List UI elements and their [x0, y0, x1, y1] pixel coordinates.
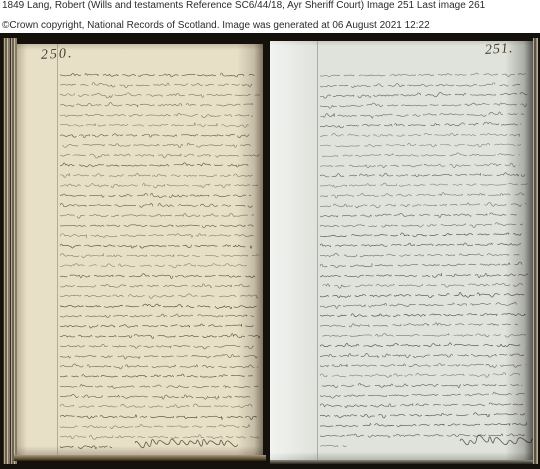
handwriting-line	[60, 263, 247, 267]
handwriting-line	[320, 323, 518, 327]
handwriting-line	[322, 383, 523, 387]
right-page: 251.	[270, 41, 533, 460]
handwriting-line	[320, 73, 526, 76]
handwriting-right	[270, 41, 533, 460]
handwriting-line	[320, 163, 520, 168]
handwriting-line	[60, 314, 254, 318]
handwriting-line	[320, 292, 524, 297]
record-viewer: 1849 Lang, Robert (Wills and testaments …	[0, 0, 540, 469]
handwriting-line	[60, 173, 252, 177]
handwriting-line	[60, 193, 251, 197]
handwriting-line	[320, 213, 517, 218]
handwriting-line	[60, 294, 258, 299]
handwriting-line	[320, 253, 519, 256]
handwriting-line	[60, 324, 254, 328]
handwriting-line	[60, 274, 255, 279]
handwriting-line	[320, 183, 528, 188]
handwriting-line	[320, 143, 521, 147]
handwriting-line	[60, 203, 252, 207]
handwriting-line	[60, 334, 260, 339]
handwriting-line	[320, 353, 524, 357]
handwriting-line	[320, 302, 517, 308]
handwriting-line	[320, 445, 346, 446]
record-title: 1849 Lang, Robert (Wills and testaments …	[2, 1, 502, 11]
handwriting-line	[320, 133, 520, 136]
handwriting-line	[60, 183, 258, 188]
page-edges-right	[533, 38, 538, 464]
handwriting-line	[60, 254, 259, 258]
handwriting-line	[320, 92, 527, 98]
handwriting-line	[60, 103, 253, 107]
handwriting-line	[60, 213, 254, 218]
handwriting-line	[320, 262, 522, 267]
handwriting-line	[60, 374, 253, 377]
handwriting-line	[322, 334, 525, 338]
handwriting-line	[60, 113, 253, 117]
handwriting-line	[320, 343, 520, 347]
handwriting-line	[60, 435, 259, 440]
handwriting-line	[60, 384, 258, 388]
left-page: 250.	[17, 44, 263, 455]
handwriting-line	[320, 273, 528, 277]
handwriting-line	[320, 364, 526, 368]
handwriting-line	[60, 404, 252, 408]
handwriting-line	[321, 112, 525, 118]
handwriting-line	[320, 223, 523, 228]
handwriting-line	[60, 364, 258, 369]
handwriting-line	[322, 283, 523, 288]
handwriting-line	[60, 134, 249, 138]
handwriting-line	[60, 446, 112, 449]
page-bottom-edge-left	[14, 455, 266, 461]
handwriting-line	[60, 234, 254, 238]
handwriting-line	[320, 392, 525, 398]
handwriting-line	[60, 304, 257, 309]
handwriting-line	[60, 284, 250, 288]
handwriting-line	[60, 394, 250, 399]
handwriting-line	[60, 163, 248, 167]
signature-right	[460, 435, 533, 445]
handwriting-line	[60, 344, 254, 349]
handwriting-line	[60, 82, 252, 87]
handwriting-line	[60, 244, 252, 248]
handwriting-line	[60, 225, 253, 228]
handwriting-line	[60, 73, 255, 77]
copyright-line: ©Crown copyright, National Records of Sc…	[2, 21, 522, 31]
handwriting-line	[320, 372, 520, 377]
handwriting-line	[63, 143, 251, 148]
handwriting-line	[320, 434, 524, 438]
handwriting-line	[60, 415, 256, 420]
handwriting-line	[320, 203, 527, 208]
handwriting-line	[320, 314, 525, 317]
document-scan[interactable]: 250. 251.	[0, 33, 540, 469]
handwriting-line	[320, 83, 520, 88]
handwriting-line	[320, 233, 521, 237]
handwriting-line	[320, 422, 526, 427]
viewer-header: 1849 Lang, Robert (Wills and testaments …	[0, 0, 540, 33]
handwriting-line	[322, 153, 520, 157]
handwriting-line	[320, 103, 527, 108]
handwriting-line	[320, 243, 521, 247]
handwriting-line	[60, 123, 248, 128]
handwriting-line	[320, 122, 521, 128]
page-edges-left	[3, 38, 17, 464]
handwriting-line	[60, 354, 257, 359]
handwriting-line	[320, 173, 525, 177]
page-bottom-edge-right	[270, 460, 533, 464]
handwriting-line	[320, 193, 524, 198]
handwriting-line	[60, 154, 259, 158]
handwriting-line	[60, 424, 250, 428]
handwriting-line	[320, 403, 523, 408]
signature-left	[135, 439, 238, 448]
handwriting-line	[320, 413, 525, 418]
handwriting-left	[17, 44, 263, 455]
handwriting-line	[60, 93, 260, 98]
